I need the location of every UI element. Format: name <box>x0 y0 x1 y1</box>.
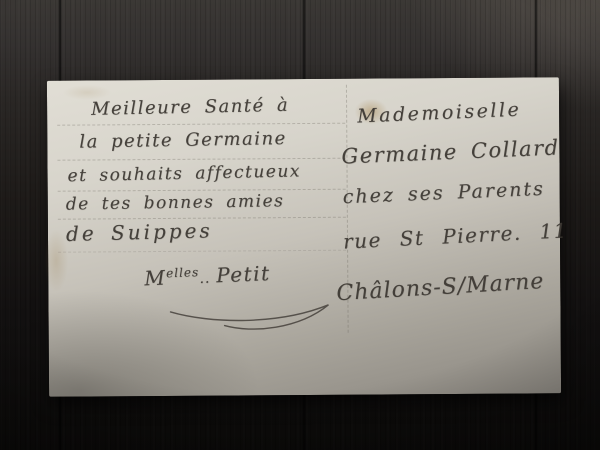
photo-vignette <box>0 0 600 450</box>
photo-of-postcard: Meilleure Santé à la petite Germaine et … <box>0 0 600 450</box>
